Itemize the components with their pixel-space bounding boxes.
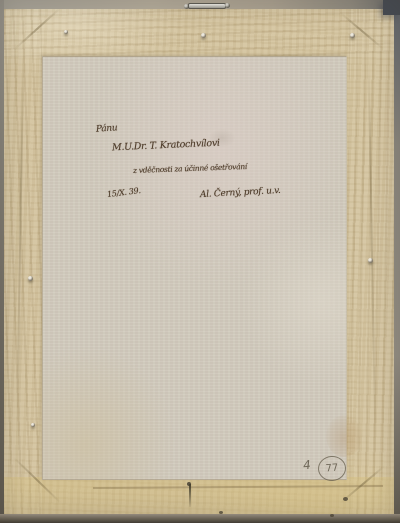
thumbtack-top-left (64, 30, 68, 34)
tape-band-bottom (3, 477, 395, 515)
thumbtack-top-right (350, 33, 355, 38)
backing-paper-panel (42, 56, 347, 480)
inscription-salutation: Pánu (96, 123, 118, 134)
framed-picture-back-photo: Pánu M.U.Dr. T. Kratochvílovi z vděčnost… (0, 0, 400, 523)
dark-speck (343, 497, 348, 501)
frame-edge-bottom (0, 514, 400, 523)
frame-corner-dark-patch (383, 0, 400, 15)
bracket-screw-right (225, 3, 230, 8)
tape-band-top (3, 8, 395, 57)
thumbtack-top-center (201, 33, 206, 38)
frame-edge-left (0, 0, 4, 523)
hanging-bracket (184, 1, 230, 12)
dark-speck (330, 514, 334, 517)
frame-edge-right (394, 0, 400, 523)
thumbtack-right-middle (368, 258, 373, 263)
stain-mark (326, 415, 362, 457)
thumbtack-left-middle (28, 276, 33, 281)
dark-speck (219, 511, 223, 514)
bracket-bar (188, 3, 226, 9)
pencil-number: 4 (302, 458, 311, 473)
thumbtack-bottom-left (31, 423, 35, 427)
nail-drip-bottom-center (189, 484, 191, 507)
